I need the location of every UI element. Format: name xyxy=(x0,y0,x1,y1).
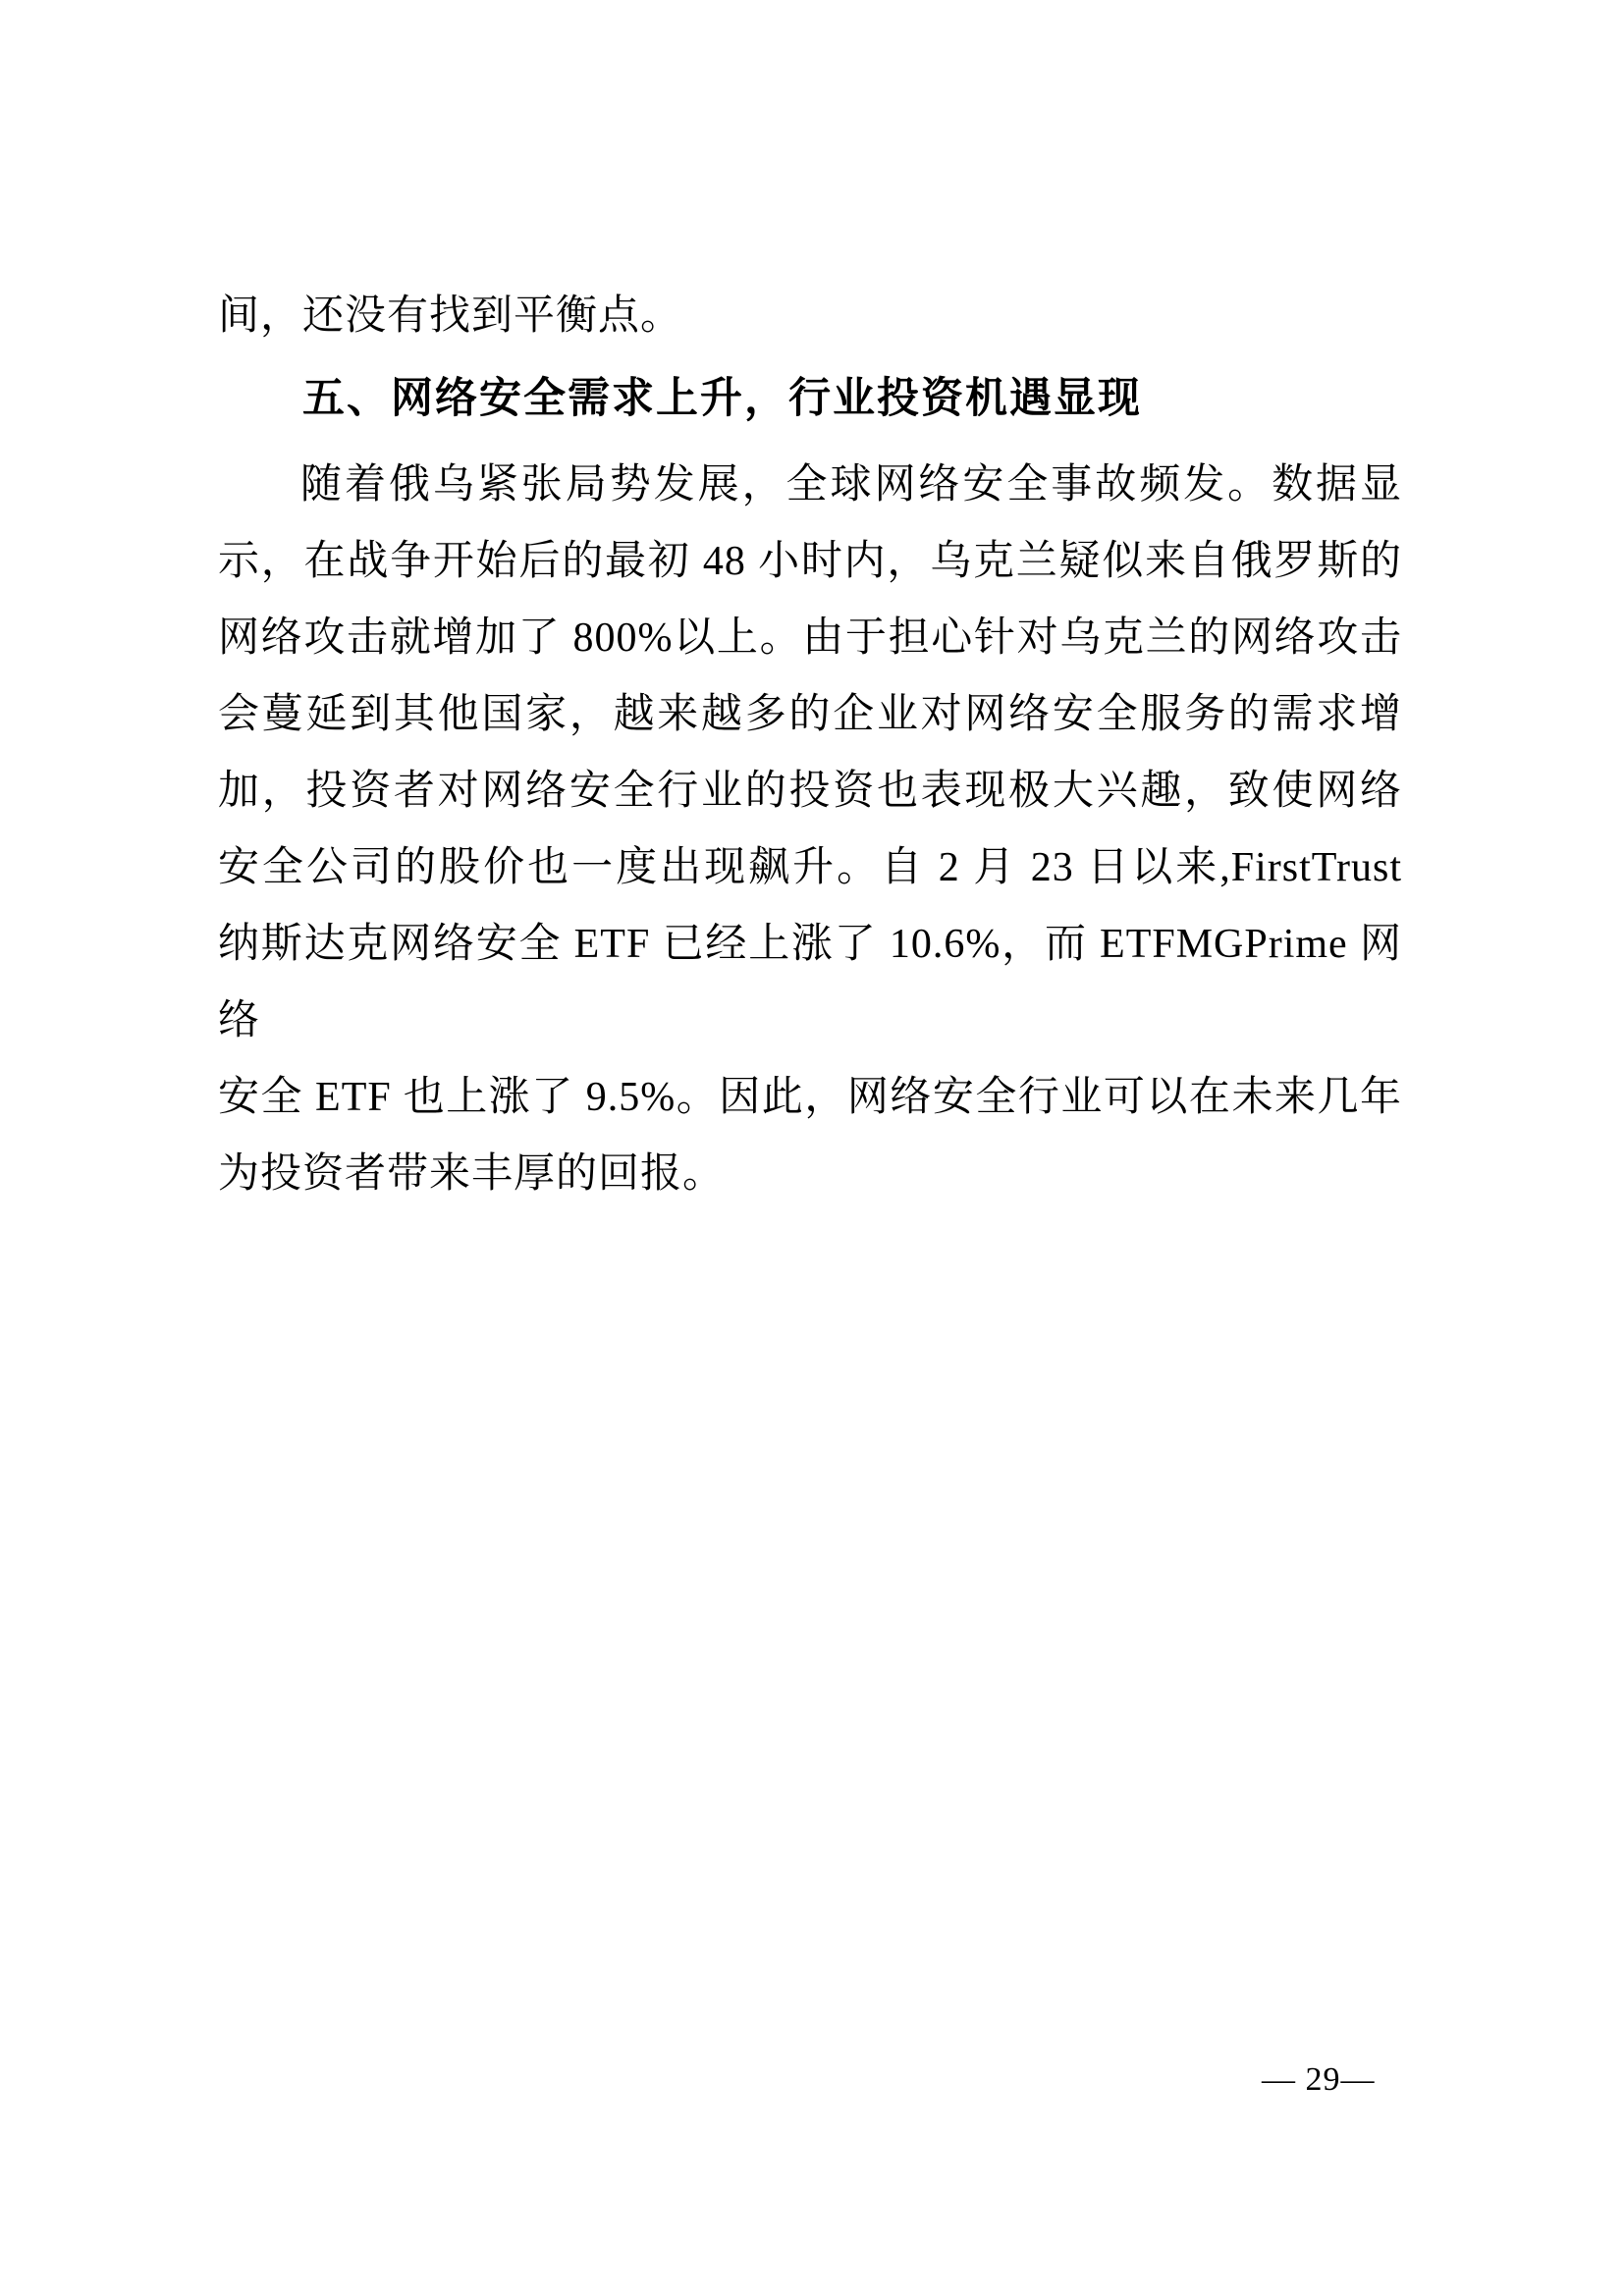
leading-paragraph-line: 间，还没有找到平衡点。 xyxy=(218,278,1402,354)
paragraph-line-4: 会蔓延到其他国家，越来越多的企业对网络安全服务的需求增 xyxy=(218,676,1402,753)
paragraph-line-7: 纳斯达克网络安全 ETF 已经上涨了 10.6%，而 ETFMGPrime 网络 xyxy=(218,906,1402,1059)
document-page: 间，还没有找到平衡点。 五、网络安全需求上升，行业投资机遇显现 随着俄乌紧张局势… xyxy=(0,0,1624,2296)
paragraph-line-2: 示，在战争开始后的最初 48 小时内，乌克兰疑似来自俄罗斯的 xyxy=(218,523,1402,600)
section-heading: 五、网络安全需求上升，行业投资机遇显现 xyxy=(218,362,1402,435)
paragraph-line-5: 加，投资者对网络安全行业的投资也表现极大兴趣，致使网络 xyxy=(218,753,1402,829)
paragraph-line-3: 网络攻击就增加了 800%以上。由于担心针对乌克兰的网络攻击 xyxy=(218,600,1402,676)
paragraph-line-8: 安全 ETF 也上涨了 9.5%。因此，网络安全行业可以在未来几年 xyxy=(218,1059,1402,1136)
paragraph-line-6: 安全公司的股价也一度出现飙升。自 2 月 23 日以来,FirstTrust xyxy=(218,829,1402,906)
document-body: 间，还没有找到平衡点。 五、网络安全需求上升，行业投资机遇显现 随着俄乌紧张局势… xyxy=(218,278,1402,1212)
paragraph-line-1: 随着俄乌紧张局势发展，全球网络安全事故频发。数据显 xyxy=(218,447,1402,523)
page-number: — 29— xyxy=(1262,2061,1376,2099)
paragraph-line-9: 为投资者带来丰厚的回报。 xyxy=(218,1136,1402,1212)
